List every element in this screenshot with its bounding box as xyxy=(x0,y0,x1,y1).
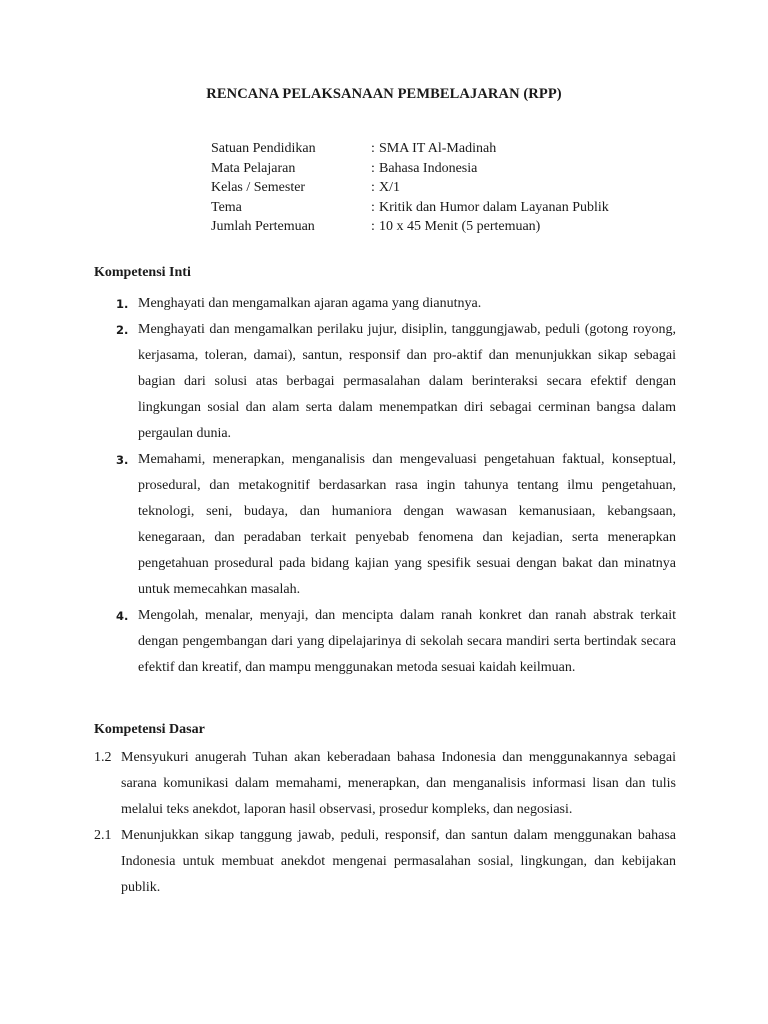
info-label: Satuan Pendidikan xyxy=(211,139,371,159)
list-item: 1. Menghayati dan mengamalkan ajaran aga… xyxy=(116,291,676,317)
info-row-tema: Tema : Kritik dan Humor dalam Layanan Pu… xyxy=(211,198,609,218)
info-row-jumlah-pertemuan: Jumlah Pertemuan : 10 x 45 Menit (5 pert… xyxy=(211,217,609,237)
list-item: 4. Mengolah, menalar, menyaji, dan menci… xyxy=(116,603,676,681)
list-item-number: 1.2 xyxy=(94,745,121,823)
info-label: Mata Pelajaran xyxy=(211,159,371,179)
document-title: RENCANA PELAKSANAAN PEMBELAJARAN (RPP) xyxy=(0,86,768,103)
info-label: Tema xyxy=(211,198,371,218)
list-item-text: Mensyukuri anugerah Tuhan akan keberadaa… xyxy=(121,745,676,823)
info-value: Kritik dan Humor dalam Layanan Publik xyxy=(379,198,609,218)
list-item-text: Menunjukkan sikap tanggung jawab, peduli… xyxy=(121,823,676,901)
list-item-number: 1. xyxy=(116,291,138,317)
info-label: Jumlah Pertemuan xyxy=(211,217,371,237)
list-item-text: Mengolah, menalar, menyaji, dan mencipta… xyxy=(138,603,676,681)
list-item-number: 4. xyxy=(116,603,138,681)
info-colon: : xyxy=(371,178,379,198)
list-item: 2.1 Menunjukkan sikap tanggung jawab, pe… xyxy=(94,823,676,901)
info-value: Bahasa Indonesia xyxy=(379,159,477,179)
document-page: RENCANA PELAKSANAAN PEMBELAJARAN (RPP) S… xyxy=(0,0,768,1024)
list-item: 1.2 Mensyukuri anugerah Tuhan akan keber… xyxy=(94,745,676,823)
info-row-satuan-pendidikan: Satuan Pendidikan : SMA IT Al-Madinah xyxy=(211,139,609,159)
kompetensi-inti-heading: Kompetensi Inti xyxy=(94,265,191,281)
kompetensi-inti-list: 1. Menghayati dan mengamalkan ajaran aga… xyxy=(116,291,676,681)
info-colon: : xyxy=(371,139,379,159)
info-table: Satuan Pendidikan : SMA IT Al-Madinah Ma… xyxy=(211,139,609,237)
list-item-number: 3. xyxy=(116,447,138,603)
list-item: 3. Memahami, menerapkan, menganalisis da… xyxy=(116,447,676,603)
info-label: Kelas / Semester xyxy=(211,178,371,198)
list-item-text: Menghayati dan mengamalkan ajaran agama … xyxy=(138,291,676,317)
info-colon: : xyxy=(371,198,379,218)
list-item: 2. Menghayati dan mengamalkan perilaku j… xyxy=(116,317,676,447)
info-value: SMA IT Al-Madinah xyxy=(379,139,496,159)
list-item-number: 2. xyxy=(116,317,138,447)
list-item-number: 2.1 xyxy=(94,823,121,901)
kompetensi-dasar-heading: Kompetensi Dasar xyxy=(94,722,205,738)
info-colon: : xyxy=(371,217,379,237)
kompetensi-dasar-list: 1.2 Mensyukuri anugerah Tuhan akan keber… xyxy=(94,745,676,901)
info-colon: : xyxy=(371,159,379,179)
list-item-text: Menghayati dan mengamalkan perilaku juju… xyxy=(138,317,676,447)
info-row-mata-pelajaran: Mata Pelajaran : Bahasa Indonesia xyxy=(211,159,609,179)
info-value: 10 x 45 Menit (5 pertemuan) xyxy=(379,217,540,237)
info-row-kelas-semester: Kelas / Semester : X/1 xyxy=(211,178,609,198)
info-value: X/1 xyxy=(379,178,400,198)
list-item-text: Memahami, menerapkan, menganalisis dan m… xyxy=(138,447,676,603)
